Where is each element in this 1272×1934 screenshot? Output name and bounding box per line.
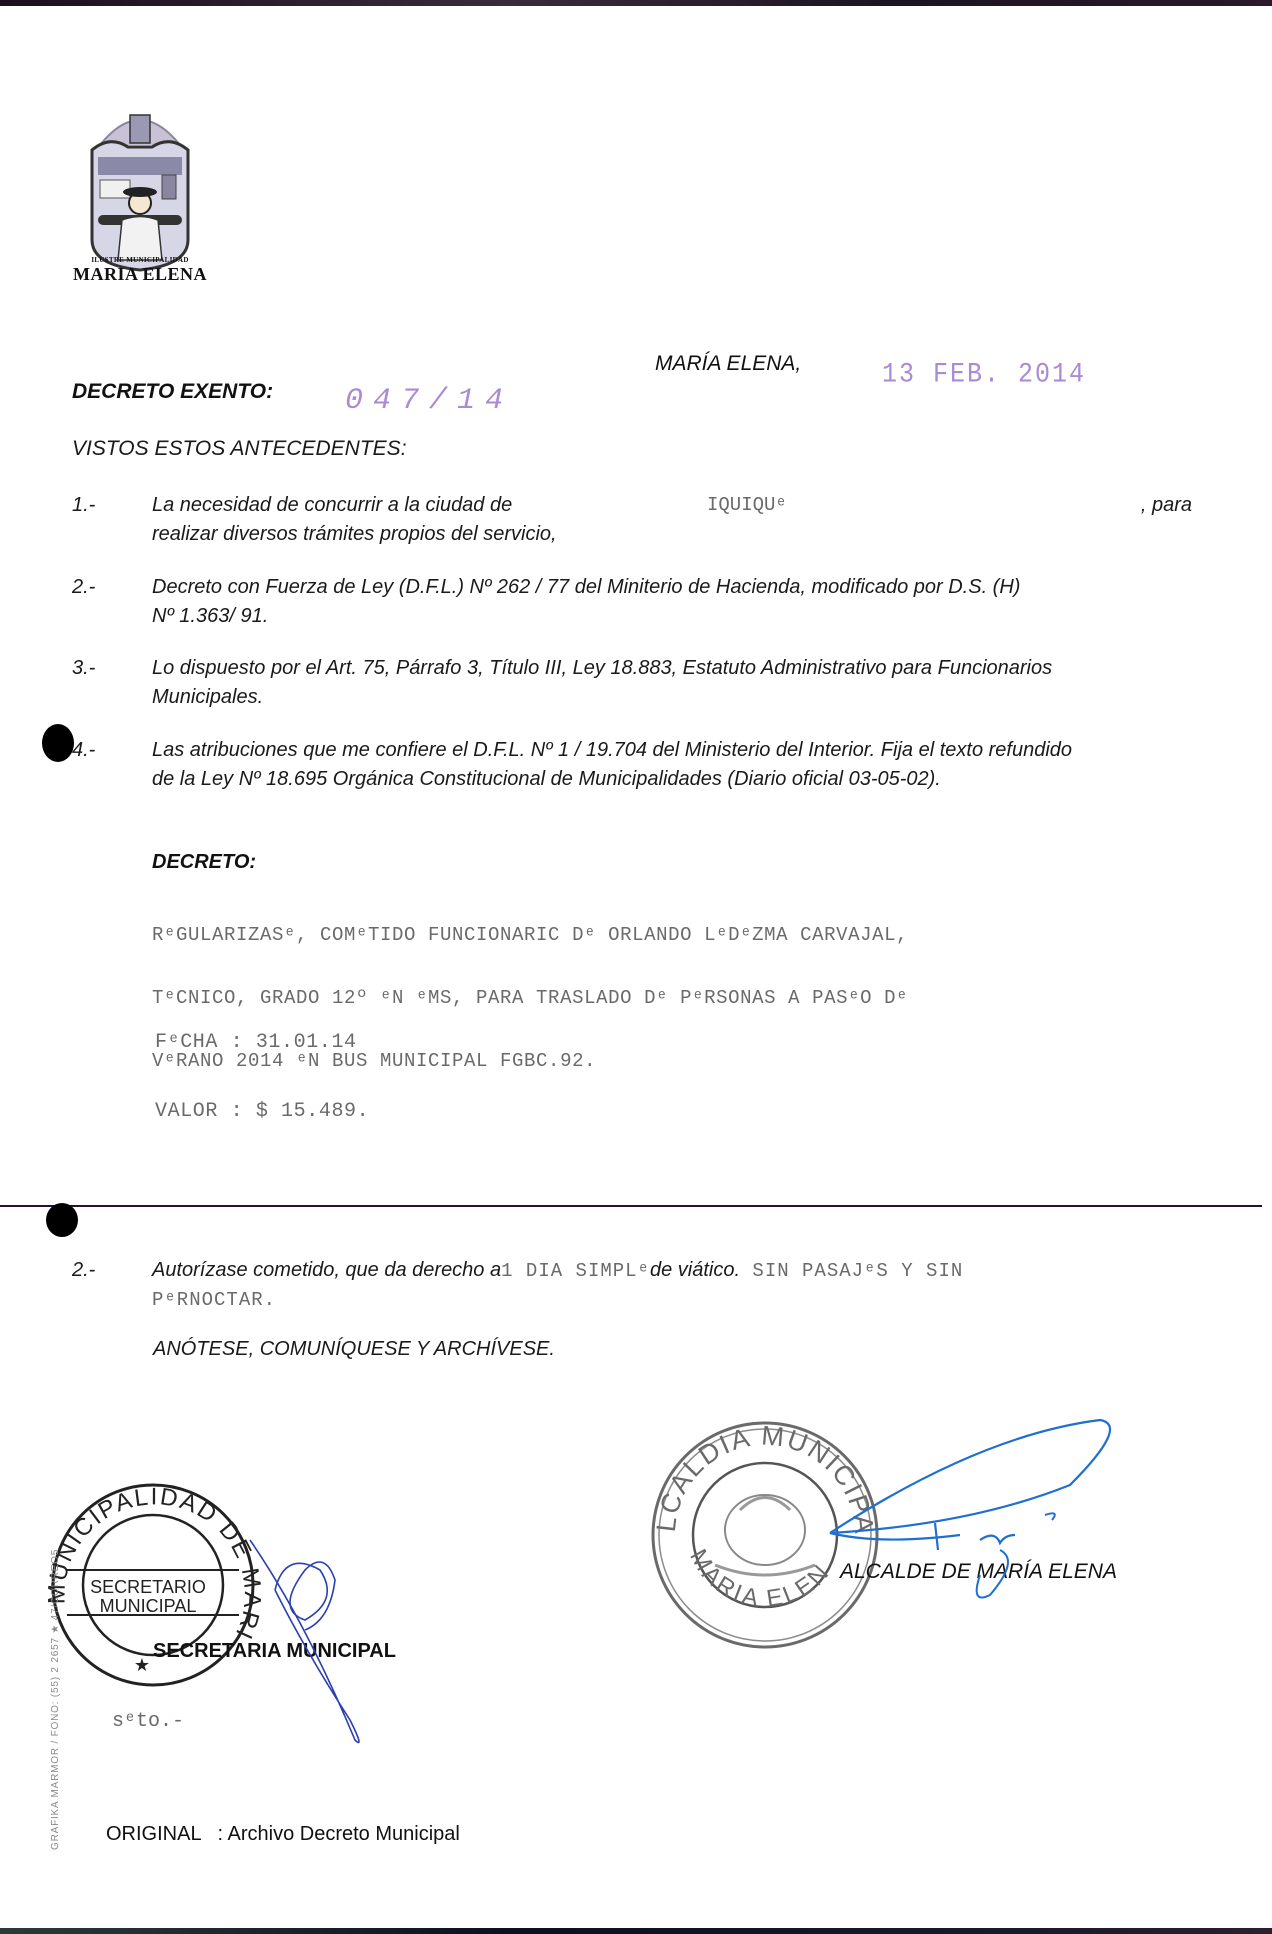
secretary-signature <box>245 1530 375 1760</box>
typed-conditions: SIN PASAJᵉS Y SIN <box>740 1260 963 1282</box>
scan-edge-bottom <box>0 1928 1272 1934</box>
item-label: 4.- <box>72 736 152 794</box>
valor-value: $ 15.489. <box>256 1100 369 1123</box>
fecha-value: 31.01.14 <box>256 1031 357 1054</box>
item-text-line2: Nº 1.363/ 91. <box>152 602 1212 631</box>
scan-edge-top <box>0 0 1272 6</box>
secretary-seal-icon: MUNICIPALIDAD DE MARIA ELENA SECRETARIO … <box>45 1475 265 1705</box>
item-text: La necesidad de concurrir a la ciudad de <box>152 494 512 516</box>
svg-text:MUNICIPALIDAD DE MARIA ELENA: MUNICIPALIDAD DE MARIA ELENA <box>45 1475 265 1645</box>
decreto-line: RᵉGULARIZASᵉ, COMᵉTIDO FUNCIONARIC Dᵉ OR… <box>152 925 908 946</box>
punch-hole <box>42 724 74 762</box>
item-text: Lo dispuesto por el Art. 75, Párrafo 3, … <box>152 654 1212 683</box>
typed-city: IQUIQUᵉ <box>707 491 787 520</box>
item-text: Las atribuciones que me confiere el D.F.… <box>152 736 1212 765</box>
item-label: 2.- <box>72 1256 152 1315</box>
vistos-title: VISTOS ESTOS ANTECEDENTES: <box>72 434 407 463</box>
resolution-text-middle: de viático. <box>650 1259 740 1281</box>
item-text-line2: de la Ley Nº 18.695 Orgánica Constitucio… <box>152 765 1212 794</box>
item-text-after: , para <box>1141 491 1192 520</box>
svg-text:SECRETARIO: SECRETARIO <box>90 1577 206 1597</box>
item-text-line2: realizar diversos trámites propios del s… <box>152 520 1212 549</box>
fecha-label: FᵉCHA : <box>155 1031 243 1054</box>
distribution-label: ORIGINAL <box>106 1823 201 1845</box>
mayor-signature <box>820 1415 1120 1605</box>
item-text-line2: Municipales. <box>152 683 1212 712</box>
typed-days: 1 DIA SIMPLᵉ <box>501 1260 650 1282</box>
item-label: 3.- <box>72 654 152 712</box>
distribution-line: ORIGINAL : Archivo Decreto Municipal <box>106 1823 460 1846</box>
resolution-text: Autorízase cometido, que da derecho a <box>152 1259 501 1281</box>
logo-caption-small: ILUSTRE MUNICIPALIDAD <box>70 256 210 264</box>
resolution-item: 2.- Autorízase cometido, que da derecho … <box>72 1256 1212 1315</box>
punch-hole <box>46 1203 78 1237</box>
place-label: MARÍA ELENA, <box>655 352 801 376</box>
printer-mark: GRAFIKA MARMOR / FONO: (55) 2 2657 ★ 47/… <box>50 1549 61 1850</box>
closing-formula: ANÓTESE, COMUNÍQUESE Y ARCHÍVESE. <box>153 1335 555 1364</box>
svg-text:MUNICIPAL: MUNICIPAL <box>100 1596 197 1616</box>
item-label: 1.- <box>72 491 152 549</box>
antecedent-item-1: 1.- La necesidad de concurrir a la ciuda… <box>72 491 1212 549</box>
svg-text:★: ★ <box>134 1655 150 1676</box>
date-stamp: 13 FEB. 2014 <box>882 359 1086 391</box>
item-text: Decreto con Fuerza de Ley (D.F.L.) Nº 26… <box>152 573 1212 602</box>
decree-number-stamp: 047/14 <box>345 384 513 418</box>
antecedent-item-3: 3.- Lo dispuesto por el Art. 75, Párrafo… <box>72 654 1212 712</box>
antecedent-item-2: 2.- Decreto con Fuerza de Ley (D.F.L.) N… <box>72 573 1212 631</box>
valor-label: VALOR : <box>155 1100 243 1123</box>
section-divider <box>0 1205 1262 1207</box>
decreto-title: DECRETO: <box>152 851 256 874</box>
item-label: 2.- <box>72 573 152 631</box>
decreto-details: FᵉCHA : 31.01.14 VALOR : $ 15.489. <box>155 985 369 1146</box>
typed-conditions-line2: PᵉRNOCTAR. <box>152 1286 1212 1315</box>
antecedent-item-4: 4.- Las atribuciones que me confiere el … <box>72 736 1212 794</box>
decree-label: DECRETO EXENTO: <box>72 380 273 404</box>
typed-closing: sᵉto.- <box>112 1710 184 1733</box>
logo-caption-municipality: MARIA ELENA <box>58 264 222 285</box>
distribution-value: : Archivo Decreto Municipal <box>218 1823 460 1845</box>
